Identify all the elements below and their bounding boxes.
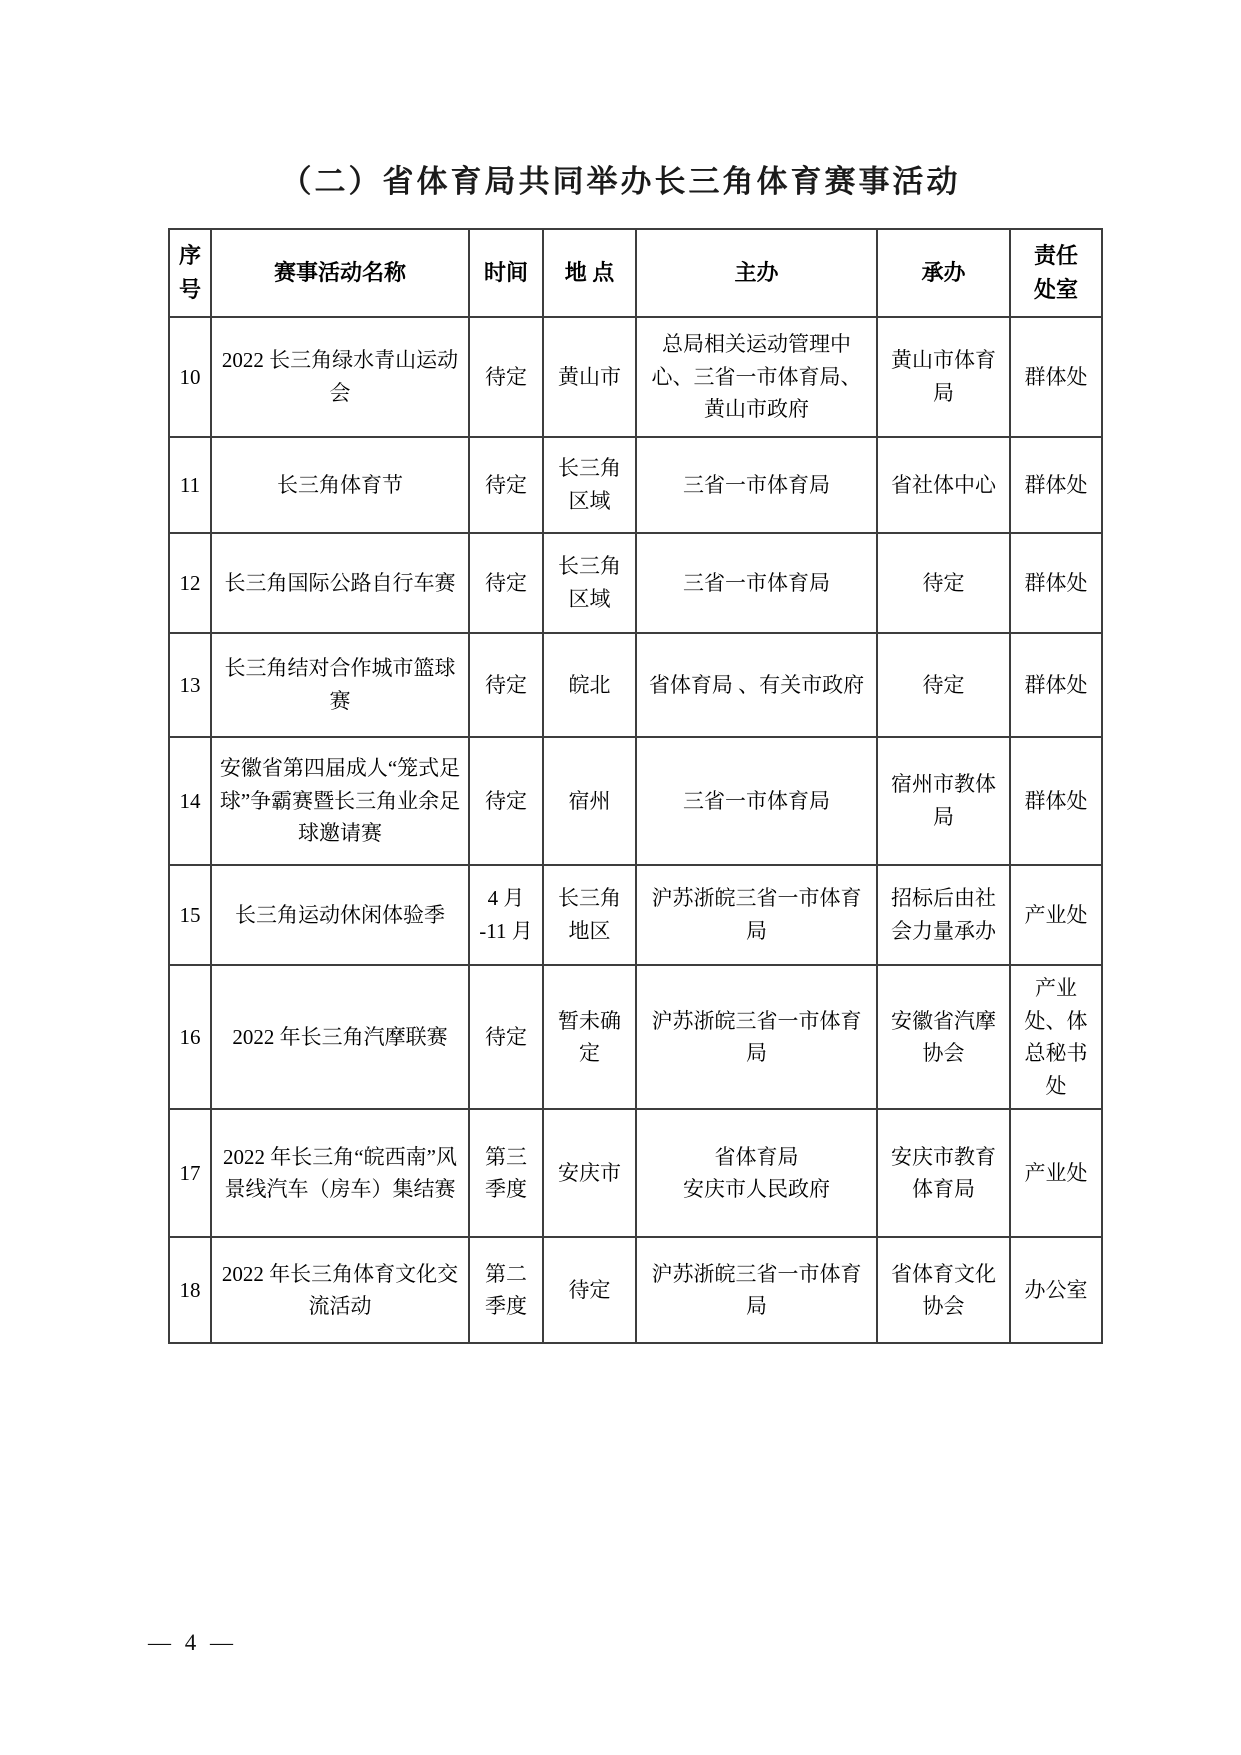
cell-host: 沪苏浙皖三省一市体育局 xyxy=(636,1237,877,1343)
table-row: 15 长三角运动休闲体验季 4 月 -11 月 长三角地区 沪苏浙皖三省一市体育… xyxy=(169,865,1102,965)
events-table: 序 号 赛事活动名称 时间 地 点 主办 承办 责任 处室 10 2022 长三… xyxy=(168,228,1103,1344)
cell-host: 总局相关运动管理中心、三省一市体育局、黄山市政府 xyxy=(636,317,877,437)
cell-no: 13 xyxy=(169,633,211,737)
cell-event-name: 2022 年长三角“皖西南”风景线汽车（房车）集结赛 xyxy=(211,1109,469,1237)
cell-time: 待定 xyxy=(469,437,543,533)
cell-no: 14 xyxy=(169,737,211,865)
table-row: 13 长三角结对合作城市篮球赛 待定 皖北 省体育局 、有关市政府 待定 群体处 xyxy=(169,633,1102,737)
cell-place: 宿州 xyxy=(543,737,636,865)
cell-no: 18 xyxy=(169,1237,211,1343)
cell-place: 安庆市 xyxy=(543,1109,636,1237)
cell-event-name: 2022 年长三角体育文化交流活动 xyxy=(211,1237,469,1343)
cell-place: 暂未确定 xyxy=(543,965,636,1109)
cell-department: 群体处 xyxy=(1010,437,1102,533)
page-number: — 4 — xyxy=(148,1630,237,1656)
cell-organizer: 招标后由社会力量承办 xyxy=(877,865,1010,965)
cell-department: 群体处 xyxy=(1010,533,1102,633)
cell-event-name: 长三角结对合作城市篮球赛 xyxy=(211,633,469,737)
cell-host: 三省一市体育局 xyxy=(636,533,877,633)
cell-department: 产业处 xyxy=(1010,1109,1102,1237)
cell-no: 10 xyxy=(169,317,211,437)
cell-department: 群体处 xyxy=(1010,633,1102,737)
table-header-row: 序 号 赛事活动名称 时间 地 点 主办 承办 责任 处室 xyxy=(169,229,1102,317)
table-row: 17 2022 年长三角“皖西南”风景线汽车（房车）集结赛 第三季度 安庆市 省… xyxy=(169,1109,1102,1237)
table-row: 10 2022 长三角绿水青山运动会 待定 黄山市 总局相关运动管理中心、三省一… xyxy=(169,317,1102,437)
cell-place: 长三角区域 xyxy=(543,437,636,533)
cell-no: 16 xyxy=(169,965,211,1109)
cell-department: 产业处、体总秘书处 xyxy=(1010,965,1102,1109)
cell-organizer: 待定 xyxy=(877,633,1010,737)
cell-host: 省体育局 、有关市政府 xyxy=(636,633,877,737)
cell-no: 15 xyxy=(169,865,211,965)
table-row: 16 2022 年长三角汽摩联赛 待定 暂未确定 沪苏浙皖三省一市体育局 安徽省… xyxy=(169,965,1102,1109)
cell-time: 待定 xyxy=(469,533,543,633)
cell-time: 待定 xyxy=(469,965,543,1109)
cell-department: 群体处 xyxy=(1010,737,1102,865)
cell-place: 长三角区域 xyxy=(543,533,636,633)
document-page: （二）省体育局共同举办长三角体育赛事活动 序 号 赛事活动名称 时间 地 点 主… xyxy=(0,0,1241,1755)
cell-time: 第三季度 xyxy=(469,1109,543,1237)
cell-time: 待定 xyxy=(469,737,543,865)
cell-no: 17 xyxy=(169,1109,211,1237)
cell-place: 待定 xyxy=(543,1237,636,1343)
section-title: （二）省体育局共同举办长三角体育赛事活动 xyxy=(0,156,1241,201)
cell-organizer: 安徽省汽摩协会 xyxy=(877,965,1010,1109)
header-time: 时间 xyxy=(469,229,543,317)
cell-event-name: 长三角体育节 xyxy=(211,437,469,533)
table-row: 14 安徽省第四届成人“笼式足球”争霸赛暨长三角业余足球邀请赛 待定 宿州 三省… xyxy=(169,737,1102,865)
table-row: 12 长三角国际公路自行车赛 待定 长三角区域 三省一市体育局 待定 群体处 xyxy=(169,533,1102,633)
cell-time: 待定 xyxy=(469,317,543,437)
cell-time: 第二季度 xyxy=(469,1237,543,1343)
cell-event-name: 2022 长三角绿水青山运动会 xyxy=(211,317,469,437)
cell-time: 待定 xyxy=(469,633,543,737)
cell-organizer: 省体育文化协会 xyxy=(877,1237,1010,1343)
cell-place: 皖北 xyxy=(543,633,636,737)
table-row: 18 2022 年长三角体育文化交流活动 第二季度 待定 沪苏浙皖三省一市体育局… xyxy=(169,1237,1102,1343)
header-place: 地 点 xyxy=(543,229,636,317)
header-no: 序 号 xyxy=(169,229,211,317)
cell-organizer: 待定 xyxy=(877,533,1010,633)
cell-no: 12 xyxy=(169,533,211,633)
cell-event-name: 长三角国际公路自行车赛 xyxy=(211,533,469,633)
cell-event-name: 长三角运动休闲体验季 xyxy=(211,865,469,965)
cell-organizer: 安庆市教育体育局 xyxy=(877,1109,1010,1237)
cell-place: 黄山市 xyxy=(543,317,636,437)
header-host: 主办 xyxy=(636,229,877,317)
cell-department: 办公室 xyxy=(1010,1237,1102,1343)
header-event-name: 赛事活动名称 xyxy=(211,229,469,317)
header-organizer: 承办 xyxy=(877,229,1010,317)
cell-host: 三省一市体育局 xyxy=(636,737,877,865)
header-department: 责任 处室 xyxy=(1010,229,1102,317)
cell-event-name: 安徽省第四届成人“笼式足球”争霸赛暨长三角业余足球邀请赛 xyxy=(211,737,469,865)
cell-host: 沪苏浙皖三省一市体育局 xyxy=(636,965,877,1109)
cell-host: 沪苏浙皖三省一市体育局 xyxy=(636,865,877,965)
cell-time: 4 月 -11 月 xyxy=(469,865,543,965)
cell-host: 三省一市体育局 xyxy=(636,437,877,533)
cell-department: 产业处 xyxy=(1010,865,1102,965)
cell-organizer: 宿州市教体局 xyxy=(877,737,1010,865)
cell-place: 长三角地区 xyxy=(543,865,636,965)
cell-host: 省体育局 安庆市人民政府 xyxy=(636,1109,877,1237)
cell-no: 11 xyxy=(169,437,211,533)
cell-organizer: 省社体中心 xyxy=(877,437,1010,533)
cell-organizer: 黄山市体育局 xyxy=(877,317,1010,437)
cell-department: 群体处 xyxy=(1010,317,1102,437)
cell-event-name: 2022 年长三角汽摩联赛 xyxy=(211,965,469,1109)
table-row: 11 长三角体育节 待定 长三角区域 三省一市体育局 省社体中心 群体处 xyxy=(169,437,1102,533)
